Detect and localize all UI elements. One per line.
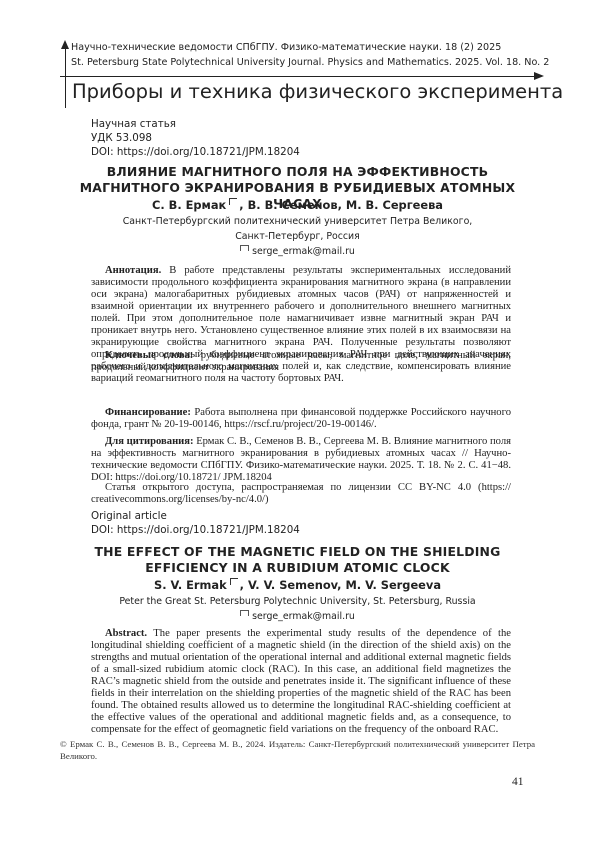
authors-en: S. V. Ermak, V. V. Semenov, M. V. Sergee…: [60, 578, 535, 593]
citation-ru: Для цитирования: Ермак С. В., Семенов В.…: [91, 436, 511, 484]
article-type: Научная статья: [91, 117, 300, 131]
title-line: ВЛИЯНИЕ МАГНИТНОГО ПОЛЯ НА ЭФФЕКТИВНОСТЬ: [60, 164, 535, 180]
abstract-label: Abstract.: [105, 628, 147, 639]
doi-link[interactable]: DOI: https://doi.org/10.18721/JPM.18204: [91, 145, 300, 159]
keywords-ru: Ключевые слова: рубидиевые атомные часы,…: [91, 350, 511, 374]
author-names: , V. V. Semenov, M. V. Sergeeva: [240, 578, 441, 592]
funding-label: Финансирование:: [105, 407, 191, 418]
citation-label: Для цитирования:: [105, 436, 194, 447]
affiliation-line: Санкт-Петербург, Россия: [60, 229, 535, 244]
page-number: 41: [512, 776, 524, 788]
license-ru: Статья открытого доступа, распространяем…: [91, 482, 511, 506]
affiliation-line: Peter the Great St. Petersburg Polytechn…: [60, 594, 535, 609]
envelope-icon: [240, 610, 249, 616]
author-name: S. V. Ermak: [154, 578, 227, 592]
journal-title-ru: Научно-технические ведомости СПбГПУ. Физ…: [71, 42, 501, 54]
author-name: С. В. Ермак: [152, 198, 226, 212]
title-line: EFFICIENCY IN A RUBIDIUM ATOMIC CLOCK: [60, 560, 535, 576]
envelope-icon: [240, 245, 249, 251]
copyright-notice: © Ермак С. В., Семенов В. В., Сергеева М…: [60, 738, 535, 762]
abstract-en: Abstract. The paper presents the experim…: [91, 628, 511, 736]
udc-code: УДК 53.098: [91, 131, 300, 145]
corresponding-author-icon: [229, 198, 237, 205]
abstract-text: The paper presents the experimental stud…: [91, 628, 511, 735]
authors-ru: С. В. Ермак, В. В. Семенов, М. В. Сергее…: [60, 198, 535, 213]
arrow-right-icon: [534, 72, 544, 80]
keywords-label: Ключевые слова:: [105, 350, 193, 361]
email-link[interactable]: serge_ermak@mail.ru: [252, 246, 355, 257]
title-line: THE EFFECT OF THE MAGNETIC FIELD ON THE …: [60, 544, 535, 560]
abstract-label: Аннотация.: [105, 265, 161, 276]
section-title: Приборы и техника физического эксперимен…: [72, 80, 563, 104]
affiliation-ru: Санкт-Петербургский политехнический унив…: [60, 214, 535, 259]
author-names: , В. В. Семенов, М. В. Сергеева: [239, 198, 443, 212]
article-title-en: THE EFFECT OF THE MAGNETIC FIELD ON THE …: [60, 544, 535, 576]
article-type: Original article: [91, 509, 300, 523]
article-meta-en: Original article DOI: https://doi.org/10…: [91, 509, 300, 537]
affiliation-line: Санкт-Петербургский политехнический унив…: [60, 214, 535, 229]
journal-title-en: St. Petersburg State Polytechnical Unive…: [71, 57, 549, 69]
email-line: serge_ermak@mail.ru: [60, 244, 535, 259]
header-vertical-rule: [65, 42, 66, 108]
email-line: serge_ermak@mail.ru: [60, 609, 535, 624]
header-horizontal-rule: [60, 76, 538, 77]
journal-header: Научно-технические ведомости СПбГПУ. Физ…: [60, 40, 550, 110]
article-meta-ru: Научная статья УДК 53.098 DOI: https://d…: [91, 117, 300, 159]
doi-link[interactable]: DOI: https://doi.org/10.18721/JPM.18204: [91, 523, 300, 537]
affiliation-en: Peter the Great St. Petersburg Polytechn…: [60, 594, 535, 624]
corresponding-author-icon: [230, 578, 238, 585]
email-link[interactable]: serge_ermak@mail.ru: [252, 611, 355, 622]
funding-ru: Финансирование: Работа выполнена при фин…: [91, 407, 511, 431]
